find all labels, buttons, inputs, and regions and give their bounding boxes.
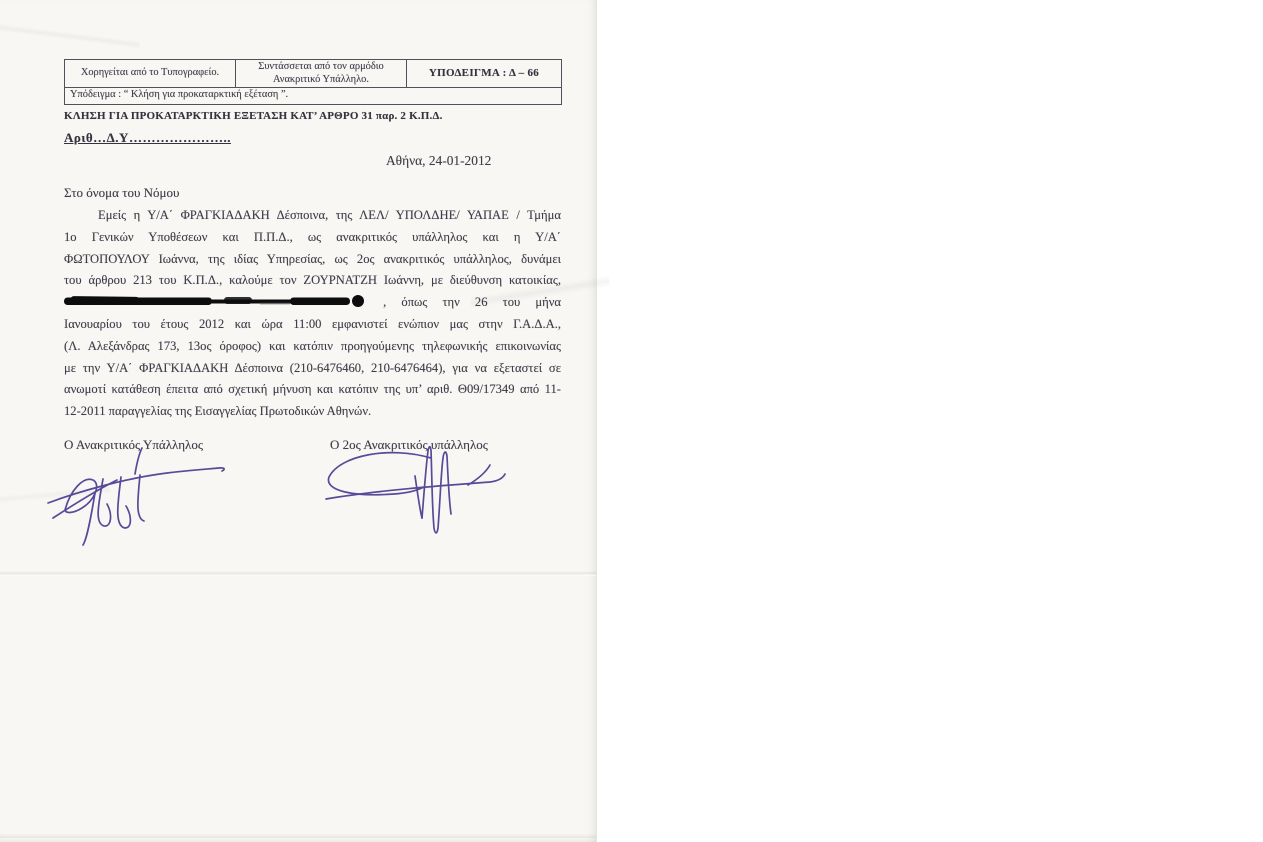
body-line-redacted-suffix: , όπως την 26 του μήνα [383,295,561,309]
body-line: (Λ. Αλεξάνδρας 173, 13ος όροφος) και κατ… [64,336,561,358]
handwritten-signature-left [35,447,250,547]
header-cell-drafted-by-line1: Συντάσσεται από τον αρμόδιο [239,61,403,74]
body-line: ανωμοτί κατάθεση έπειτα από σχετική μήνυ… [64,379,561,401]
header-cell-printing-office-text: Χορηγείται από το Τυπογραφείο. [68,67,232,80]
header-cell-template-code-text: ΥΠΟΔΕΙΓΜΑ : Δ – 66 [410,67,558,80]
body-line: ΦΩΤΟΠΟΥΛΟΥ Ιωάννα, της ιδίας Υπηρεσίας, … [64,249,561,271]
document-title: ΚΛΗΣΗ ΓΙΑ ΠΡΟΚΑΤΑΡΚΤΙΚΗ ΕΞΕΤΑΣΗ ΚΑΤ’ ΑΡΘ… [64,110,564,122]
header-cell-drafted-by-line2: Ανακριτικό Υπάλληλο. [239,74,403,87]
fold-crease-bottom [0,833,596,838]
header-cell-template-code: ΥΠΟΔΕΙΓΜΑ : Δ – 66 [407,60,561,87]
handwritten-signature-right [318,438,513,543]
body-line: 12-2011 παραγγελίας της Εισαγγελίας Πρωτ… [64,401,561,423]
place-date-line: Αθήνα, 24-01-2012 [386,153,491,169]
protocol-number-line: Αριθ…Δ.Υ………………….. [64,130,231,146]
paper-sheet: Χορηγείται από το Τυπογραφείο. Συντάσσετ… [0,0,597,842]
body-line: Ιανουαρίου του έτους 2012 και ώρα 11:00 … [64,314,561,336]
header-table-row-2: Υπόδειγμα : “ Κλήση για προκαταρκτική εξ… [65,88,561,104]
header-cell-drafted-by: Συντάσσεται από τον αρμόδιο Ανακριτικό Υ… [236,60,407,87]
body-line: του άρθρου 213 του Κ.Π.Δ., καλούμε τον Ζ… [64,270,561,292]
body-line: 1ο Γενικών Υποθέσεων και Π.Π.Δ., ως ανακ… [64,227,561,249]
scanned-document-screenshot: Χορηγείται από το Τυπογραφείο. Συντάσσετ… [0,0,1263,842]
body-line-redacted: , όπως την 26 του μήνα [64,292,561,314]
body-line: Εμείς η Υ/Α΄ ΦΡΑΓΚΙΑΔΑΚΗ Δέσποινα, της Λ… [64,205,561,227]
template-description-text: Υπόδειγμα : “ Κλήση για προκαταρκτική εξ… [70,89,288,100]
fold-crease-horizontal [0,571,596,577]
redaction-bar [64,293,368,305]
body-paragraph: Εμείς η Υ/Α΄ ΦΡΑΓΚΙΑΔΑΚΗ Δέσποινα, της Λ… [64,205,561,423]
salutation-line: Στο όνομα του Νόμου [64,185,179,201]
header-table: Χορηγείται από το Τυπογραφείο. Συντάσσετ… [64,59,562,105]
header-table-row-1: Χορηγείται από το Τυπογραφείο. Συντάσσετ… [65,60,561,88]
body-line: με την Υ/Α΄ ΦΡΑΓΚΙΑΔΑΚΗ Δέσποινα (210-64… [64,358,561,380]
header-cell-printing-office: Χορηγείται από το Τυπογραφείο. [65,60,236,87]
